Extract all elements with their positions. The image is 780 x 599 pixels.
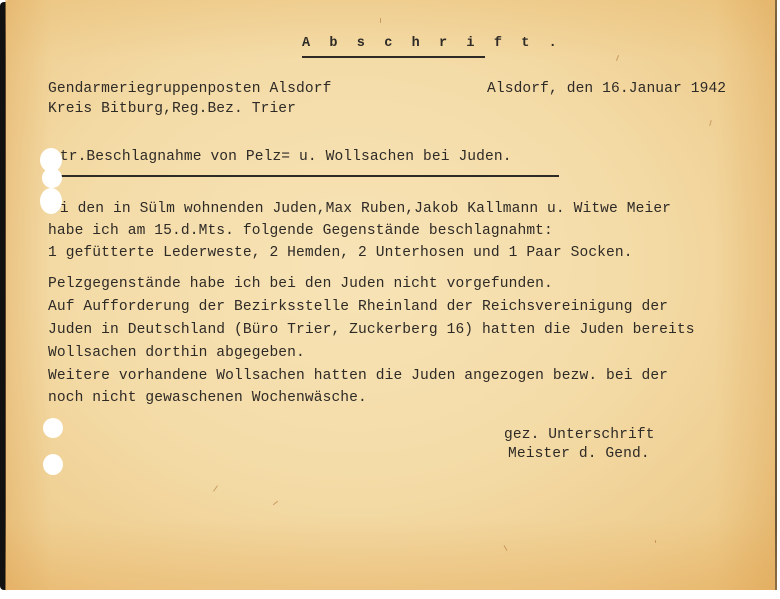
document-page: A b s c h r i f t . Gendarmeriegruppenpo… [5,0,777,590]
sender-line-1: Gendarmeriegruppenposten Alsdorf [48,81,331,97]
subject-underline [45,175,559,177]
punch-hole [40,188,62,214]
sender-line-2: Kreis Bitburg,Reg.Bez. Trier [48,101,296,117]
body-line-8: Weitere vorhandene Wollsachen hatten die… [48,368,668,384]
place-date: Alsdorf, den 16.Januar 1942 [487,81,726,97]
body-line-2: habe ich am 15.d.Mts. folgende Gegenstän… [48,223,553,239]
body-line-5: Auf Aufforderung der Bezirksstelle Rhein… [48,299,668,315]
subject-line: etr.Beschlagnahme von Pelz= u. Wollsache… [51,149,512,165]
body-line-9: noch nicht gewaschenen Wochenwäsche. [48,390,367,406]
paper-fiber [655,540,656,543]
paper-fiber [616,55,619,61]
body-line-3: 1 gefütterte Lederweste, 2 Hemden, 2 Unt… [48,245,633,261]
title-underline [302,56,485,58]
punch-hole [43,418,63,438]
paper-fiber [213,485,218,491]
paper-fiber [380,18,381,23]
body-line-4: Pelzgegenstände habe ich bei den Juden n… [48,276,553,292]
document-title: A b s c h r i f t . [302,36,562,51]
signature-line-2: Meister d. Gend. [508,446,650,462]
paper-fiber [273,501,278,506]
signature-line-1: gez. Unterschrift [504,427,655,443]
body-line-6: Juden in Deutschland (Büro Trier, Zucker… [48,322,695,338]
body-line-1: ei den in Sülm wohnenden Juden,Max Ruben… [51,201,671,217]
punch-hole [43,454,63,475]
body-line-7: Wollsachen dorthin abgegeben. [48,345,305,361]
punch-hole [42,168,62,188]
paper-fiber [709,120,712,126]
paper-fiber [504,545,508,551]
